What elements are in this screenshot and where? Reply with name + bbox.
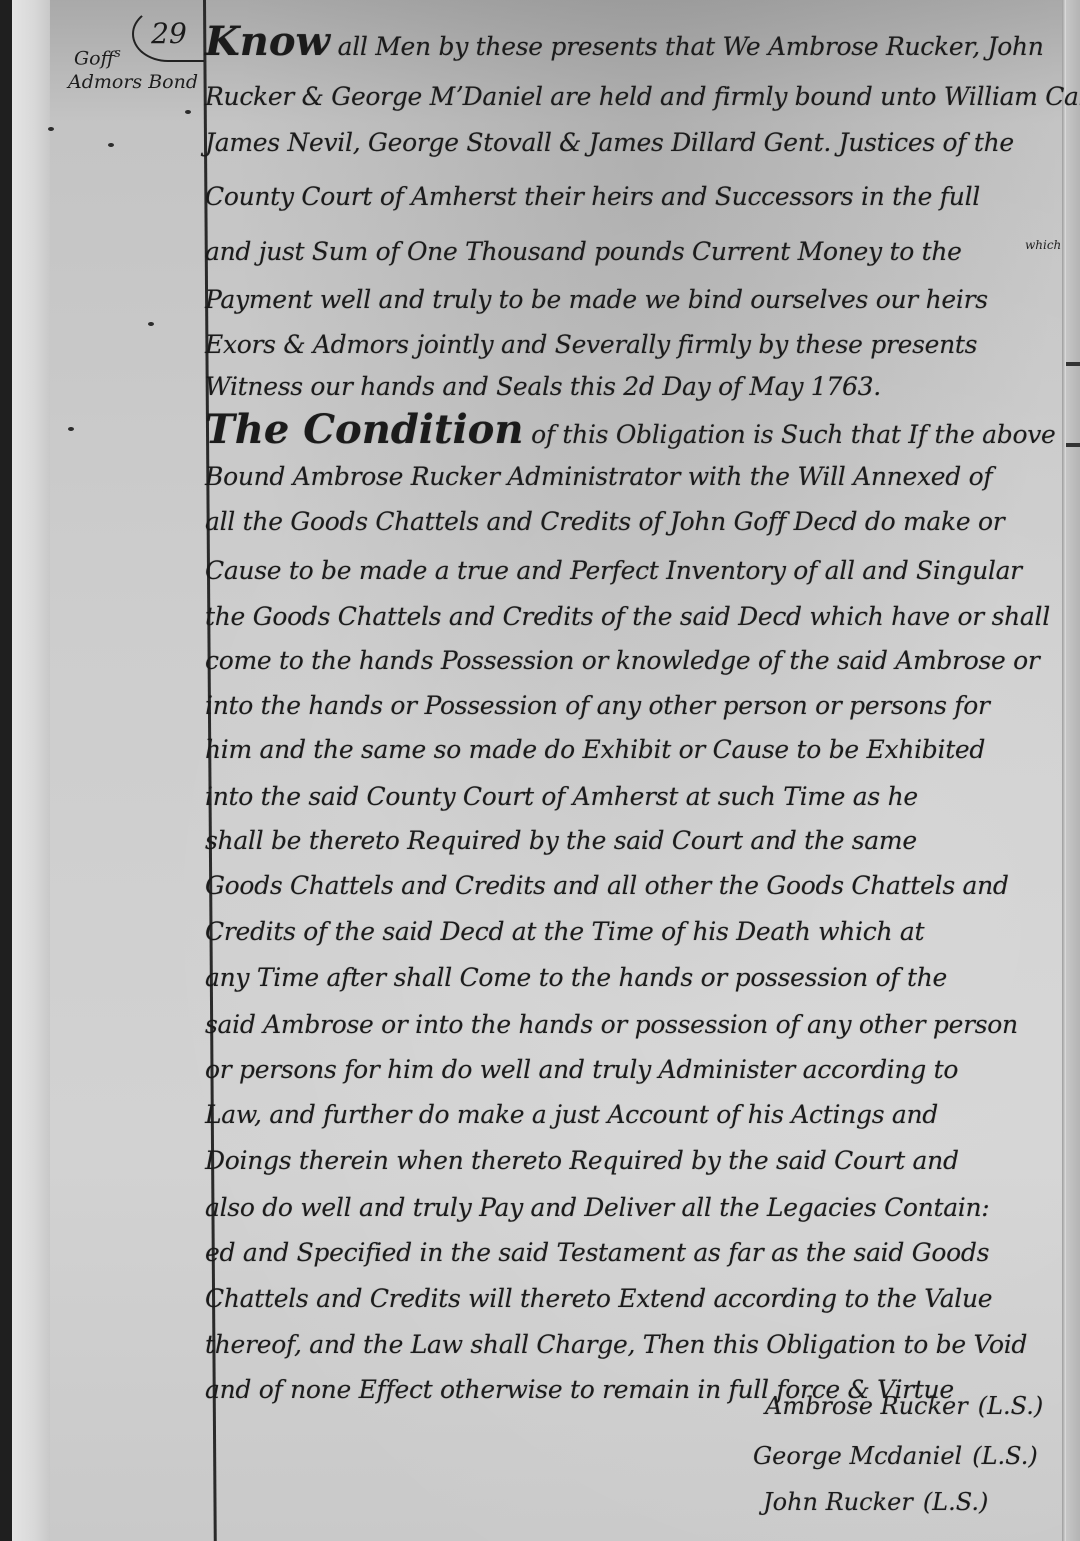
- page-right-edge: [1066, 0, 1080, 1541]
- paper-speck: [68, 427, 74, 431]
- margin-note-surname: Goffs: [74, 42, 202, 70]
- text-line: Payment well and truly to be made we bin…: [205, 285, 1055, 314]
- text-line: him and the same so made do Exhibit or C…: [205, 735, 1055, 764]
- paper-speck: [185, 110, 191, 114]
- seal-mark: (L.S.): [978, 1392, 1044, 1420]
- text-line: Doings therein when thereto Required by …: [205, 1146, 1055, 1175]
- paper-speck: [48, 127, 54, 131]
- text-line: and just Sum of One Thousand pounds Curr…: [205, 237, 1055, 266]
- text-line: Bound Ambrose Rucker Administrator with …: [205, 462, 1055, 491]
- paper-speck: [148, 322, 154, 326]
- text-line: said Ambrose or into the hands or posses…: [205, 1010, 1055, 1039]
- text-line: or persons for him do well and truly Adm…: [205, 1055, 1055, 1084]
- text-line: The Condition of this Obligation is Such…: [205, 406, 1055, 453]
- margin-note-type: Admors Bond: [68, 70, 202, 94]
- seal-mark: (L.S.): [972, 1442, 1038, 1470]
- page-tab-mark: [1066, 362, 1080, 366]
- text-line: shall be thereto Required by the said Co…: [205, 826, 1055, 855]
- text-line: come to the hands Possession or knowledg…: [205, 646, 1055, 675]
- page-right-fold: [1062, 0, 1066, 1541]
- binding-glare: [12, 0, 50, 1541]
- text-line: any Time after shall Come to the hands o…: [205, 963, 1055, 992]
- signature: John Rucker(L.S.): [763, 1488, 988, 1516]
- text-line: into the hands or Possession of any othe…: [205, 691, 1055, 720]
- text-line: County Court of Amherst their heirs and …: [205, 182, 1055, 211]
- paper-speck: [108, 143, 114, 147]
- text-line: Goods Chattels and Credits and all other…: [205, 871, 1055, 900]
- text-line: Credits of the said Decd at the Time of …: [205, 917, 1055, 946]
- text-line: Chattels and Credits will thereto Extend…: [205, 1284, 1055, 1313]
- signature: George Mcdaniel(L.S.): [753, 1442, 1038, 1470]
- text-line: Cause to be made a true and Perfect Inve…: [205, 556, 1055, 585]
- text-line: Rucker & George MʼDaniel are held and fi…: [205, 82, 1055, 111]
- interlineation: which: [1025, 238, 1061, 252]
- text-line: the Goods Chattels and Credits of the sa…: [205, 602, 1055, 631]
- text-line: also do well and truly Pay and Deliver a…: [205, 1193, 1055, 1222]
- signature: Ambrose Rucker(L.S.): [765, 1392, 1043, 1420]
- page-tab-mark: [1066, 443, 1080, 447]
- text-line: ed and Specified in the said Testament a…: [205, 1238, 1055, 1267]
- text-line: all the Goods Chattels and Credits of Jo…: [205, 507, 1055, 536]
- text-line: Witness our hands and Seals this 2d Day …: [205, 372, 1055, 401]
- seal-mark: (L.S.): [923, 1488, 989, 1516]
- text-line: Exors & Admors jointly and Severally fir…: [205, 330, 1055, 359]
- scanned-page: 29 Goffs Admors Bond Know all Men by the…: [0, 0, 1080, 1541]
- text-line: Law, and further do make a just Account …: [205, 1100, 1055, 1129]
- text-line: James Nevil, George Stovall & James Dill…: [205, 128, 1055, 157]
- text-line: into the said County Court of Amherst at…: [205, 782, 1055, 811]
- text-line: Know all Men by these presents that We A…: [205, 18, 1055, 65]
- binding-edge: [0, 0, 12, 1541]
- margin-note: Goffs Admors Bond: [62, 42, 202, 94]
- text-line: thereof, and the Law shall Charge, Then …: [205, 1330, 1055, 1359]
